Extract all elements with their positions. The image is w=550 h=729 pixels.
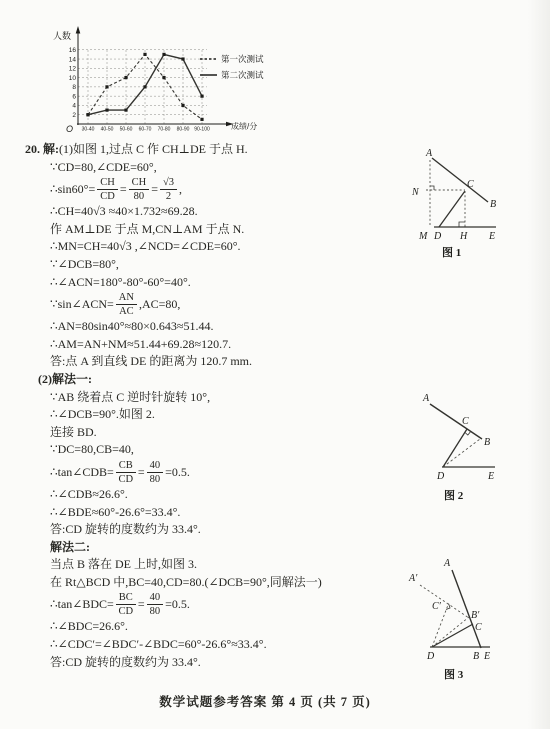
solution-line-14: ∵AB 绕着点 C 逆时针旋转 10°,	[0, 389, 408, 407]
fraction-numerator: 40	[147, 460, 164, 473]
data-point-marker	[181, 57, 184, 60]
solution-line-27: ∴∠CDC′=∠BDC′-∠BDC=60°-26.6°≈33.4°.	[0, 636, 408, 654]
data-point-marker	[86, 113, 89, 116]
geometry-figure-1: A N C B M D H E 图 1	[388, 146, 523, 266]
point-label-E: E	[483, 651, 490, 662]
point-label-E: E	[487, 471, 494, 482]
solution-line-6: ∴MN=CH=40√3 ,∠NCD=∠CDE=60°.	[0, 238, 408, 256]
solution-line-12: 答:点 A 到直线 DE 的距离为 120.7 mm.	[0, 353, 408, 371]
fraction-denominator: 80	[134, 190, 145, 202]
point-label-C: C	[475, 622, 482, 633]
point-label-C: C	[462, 416, 469, 427]
point-label-A: A	[443, 558, 451, 569]
method-1-heading: (2)解法一:	[38, 372, 92, 386]
figure-2-caption: 图 2	[444, 488, 464, 502]
fraction-denominator: 80	[150, 473, 161, 485]
text-run: =	[138, 596, 145, 614]
y-tick-label: 4	[72, 103, 76, 110]
y-axis-arrow	[76, 26, 81, 34]
figure-2-drawing: A C B D E 图 2	[388, 386, 523, 504]
solution-line-24: 在 Rt△BCD 中,BC=40,CD=80.(∠DCB=90°,同解法一)	[0, 574, 408, 592]
segment-AB	[430, 404, 482, 439]
data-point-marker	[162, 53, 165, 56]
segment-DC	[432, 624, 473, 647]
fraction-numerator: AN	[116, 292, 137, 305]
fraction: 4080	[147, 592, 164, 617]
text-run: =	[138, 464, 145, 482]
x-tick-label: 30-40	[82, 127, 95, 133]
fraction: 4080	[147, 460, 164, 485]
figure-3-caption: 图 3	[444, 667, 464, 681]
solution-line-3: ∴sin60°= CHCD = CH80 = √32 ,	[0, 176, 408, 203]
method-2-heading: 解法二:	[50, 540, 90, 554]
point-label-N: N	[411, 187, 420, 198]
text-run: ∴sin60°=	[50, 181, 95, 199]
solution-line-4: ∴CH=40√3 ≈40×1.732≈69.28.	[0, 203, 408, 221]
point-label-D: D	[433, 231, 442, 242]
point-label-A: A	[425, 148, 433, 159]
point-label-B: B	[484, 437, 490, 448]
data-point-marker	[200, 118, 203, 121]
legend-label: 第二次测试	[221, 70, 264, 80]
right-angle-mark-C	[465, 432, 470, 435]
text-run: ,AC=80,	[139, 296, 180, 314]
score-line-chart-svg: 人数 成绩/分 O 24681012141630-4040-5050-6060-…	[50, 12, 330, 142]
point-label-D: D	[436, 471, 445, 482]
fraction-numerator: √3	[160, 177, 177, 190]
fraction: CBCD	[116, 460, 136, 485]
point-label-D: D	[426, 651, 435, 662]
text-run: (1)如图 1,过点 C 作 CH⊥DE 于点 H.	[59, 142, 248, 156]
data-point-marker	[162, 76, 165, 79]
point-label-E: E	[488, 231, 495, 242]
y-tick-label: 6	[72, 93, 76, 100]
x-tick-label: 80-90	[177, 127, 190, 133]
geometry-figure-2: A C B D E 图 2	[388, 386, 523, 509]
y-tick-label: 14	[69, 56, 77, 63]
fraction-denominator: 2	[166, 190, 171, 202]
segment-DB-dashed	[443, 439, 480, 467]
solution-line-21: 答:CD 旋转的度数约为 33.4°.	[0, 521, 408, 539]
solution-line-2: ∵CD=80,∠CDE=60°,	[0, 159, 408, 177]
solution-line-25: ∴tan∠BDC= BCCD = 4080 =0.5.	[0, 591, 408, 618]
solution-line-11: ∴AM=AN+NM≈51.44+69.28≈120.7.	[0, 336, 408, 354]
text-run: ,	[179, 181, 182, 199]
y-tick-label: 2	[72, 112, 76, 119]
y-tick-label: 16	[69, 47, 77, 54]
point-label-C: C	[467, 179, 474, 190]
fraction-denominator: 80	[150, 605, 161, 617]
chart-x-axis-label: 成绩/分	[231, 121, 257, 131]
text-run: ∴tan∠CDB=	[50, 464, 114, 482]
segment-ApBp-dashed	[420, 585, 469, 618]
point-label-C-prime: C′	[432, 601, 442, 612]
fraction: BCCD	[116, 592, 136, 617]
geometry-figure-3: A A′ C′ B′ C D B E 图 3	[388, 552, 538, 689]
text-run: ∵sin∠ACN=	[50, 296, 114, 314]
solution-text: 20. 解:(1)如图 1,过点 C 作 CH⊥DE 于点 H. ∵CD=80,…	[0, 141, 408, 671]
fraction-numerator: CB	[116, 460, 136, 473]
data-point-marker	[143, 85, 146, 88]
y-tick-label: 12	[69, 66, 77, 73]
solution-line-16: 连接 BD.	[0, 424, 408, 442]
solution-line-20: ∴∠BDE≈60°-26.6°=33.4°.	[0, 504, 408, 522]
fraction: ANAC	[116, 292, 137, 317]
y-tick-label: 10	[69, 75, 77, 82]
solution-line-18: ∴tan∠CDB= CBCD = 4080 =0.5.	[0, 459, 408, 486]
text-run: =0.5.	[165, 464, 190, 482]
fraction: CH80	[129, 177, 150, 202]
fraction-denominator: CD	[119, 473, 134, 485]
fraction: CHCD	[97, 177, 118, 202]
segment-AB	[432, 158, 488, 202]
fraction: √32	[160, 177, 177, 202]
solution-line-8: ∴∠ACN=180°-80°-60°=40°.	[0, 274, 408, 292]
figure-3-drawing: A A′ C′ B′ C D B E 图 3	[388, 552, 538, 684]
chart-y-axis-label: 人数	[53, 30, 71, 41]
data-point-marker	[124, 108, 127, 111]
right-angle-mark-N	[430, 186, 434, 190]
fraction-numerator: CH	[129, 177, 150, 190]
x-tick-label: 90-100	[194, 127, 210, 133]
point-label-H: H	[459, 231, 468, 242]
data-point-marker	[143, 53, 146, 56]
fraction-numerator: CH	[97, 177, 118, 190]
data-point-marker	[200, 95, 203, 98]
data-point-marker	[105, 108, 108, 111]
x-tick-label: 70-80	[158, 127, 171, 133]
fraction-denominator: CD	[100, 190, 115, 202]
solution-line-15: ∴∠DCB=90°.如图 2.	[0, 406, 408, 424]
solution-line-9: ∵sin∠ACN= ANAC ,AC=80,	[0, 291, 408, 318]
page-footer: 数学试题参考答案 第 4 页 (共 7 页)	[0, 692, 530, 710]
solution-line-22: 解法二:	[0, 539, 408, 557]
solution-line-13: (2)解法一:	[0, 371, 408, 389]
solution-line-26: ∴∠BDC=26.6°.	[0, 618, 408, 636]
solution-line-5: 作 AM⊥DE 于点 M,CN⊥AM 于点 N.	[0, 221, 408, 239]
point-label-A-prime: A′	[408, 573, 418, 584]
x-tick-label: 40-50	[101, 127, 114, 133]
solution-line-28: 答:CD 旋转的度数约为 33.4°.	[0, 654, 408, 672]
fraction-denominator: CD	[119, 605, 134, 617]
point-label-M: M	[418, 231, 428, 242]
solution-line-19: ∴∠CDB≈26.6°.	[0, 486, 408, 504]
text-run: =	[151, 181, 158, 199]
solution-line-23: 当点 B 落在 DE 上时,如图 3.	[0, 556, 408, 574]
point-label-B-prime: B′	[471, 610, 480, 621]
solution-step-label: 20. 解:	[25, 142, 59, 156]
figure-1-drawing: A N C B M D H E 图 1	[388, 146, 523, 261]
point-label-A: A	[422, 393, 430, 404]
point-label-B: B	[473, 651, 479, 662]
right-angle-mark-Cp	[446, 604, 450, 610]
point-label-B: B	[490, 199, 496, 210]
data-point-marker	[181, 104, 184, 107]
x-tick-label: 50-60	[120, 127, 133, 133]
segment-DC	[443, 429, 467, 467]
text-run: =0.5.	[165, 596, 190, 614]
text-run: =	[120, 181, 127, 199]
fraction-numerator: 40	[147, 592, 164, 605]
solution-line-1: 20. 解:(1)如图 1,过点 C 作 CH⊥DE 于点 H.	[0, 141, 408, 159]
data-point-marker	[124, 76, 127, 79]
legend-label: 第一次测试	[221, 54, 264, 64]
x-tick-label: 60-70	[139, 127, 152, 133]
chart-origin-label: O	[66, 124, 73, 134]
right-angle-mark-H	[459, 222, 465, 227]
y-tick-label: 8	[72, 84, 76, 91]
figure-1-caption: 图 1	[442, 245, 461, 259]
data-point-marker	[105, 85, 108, 88]
fraction-numerator: BC	[116, 592, 136, 605]
solution-line-7: ∵∠DCB=80°,	[0, 256, 408, 274]
solution-line-17: ∵DC=80,CB=40,	[0, 441, 408, 459]
score-line-chart: 人数 成绩/分 O 24681012141630-4040-5050-6060-…	[50, 12, 330, 147]
solution-line-10: ∴AN=80sin40°≈80×0.643≈51.44.	[0, 318, 408, 336]
fraction-denominator: AC	[119, 305, 134, 317]
text-run: ∴tan∠BDC=	[50, 596, 114, 614]
